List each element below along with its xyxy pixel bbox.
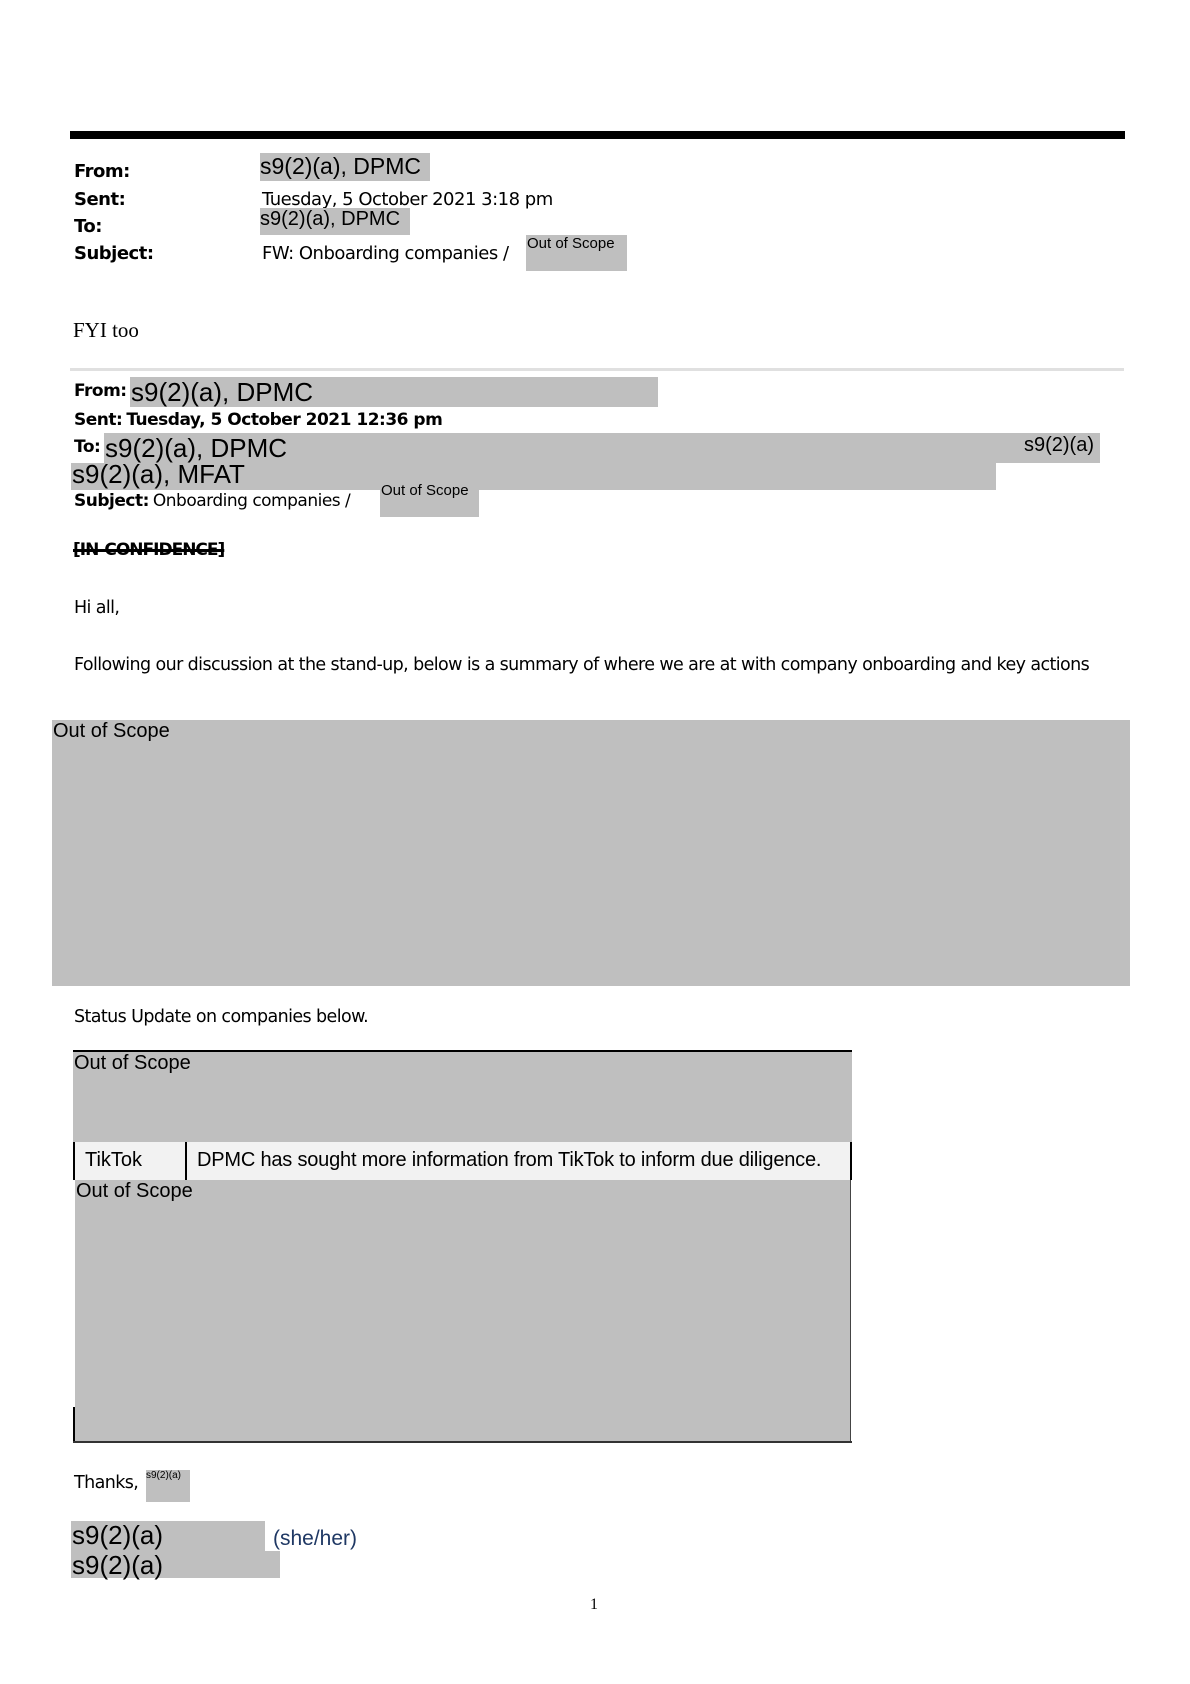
- subject-redaction-label: Out of Scope: [527, 235, 615, 252]
- subject-redaction: Out of Scope: [526, 235, 627, 271]
- table-left-border: [73, 1407, 75, 1442]
- fw-subject-redaction: Out of Scope: [380, 487, 479, 517]
- from-redaction: s9(2)(a), DPMC: [260, 153, 430, 181]
- fw-subject-line: Subject: Onboarding companies /: [74, 491, 350, 511]
- fw-to-redaction-line2: s9(2)(a), MFAT: [71, 463, 996, 490]
- fw-sent-label: Sent:: [74, 410, 122, 430]
- fw-subject-label: Subject:: [74, 491, 149, 511]
- fw-from-value: s9(2)(a), DPMC: [131, 377, 313, 408]
- table-redaction-top: Out of Scope: [73, 1052, 852, 1142]
- subject-value: FW: Onboarding companies /: [262, 243, 509, 264]
- status-heading: Status Update on companies below.: [74, 1007, 368, 1027]
- signature-name-redaction: s9(2)(a): [71, 1521, 265, 1551]
- table-redaction-top-label: Out of Scope: [74, 1052, 191, 1075]
- fw-subject-value: Onboarding companies /: [153, 491, 350, 511]
- thanks-redaction-label: s9(2)(a): [146, 1470, 181, 1481]
- fw-sent-line: Sent: Tuesday, 5 October 2021 12:36 pm: [74, 410, 442, 430]
- to-value: s9(2)(a), DPMC: [260, 208, 400, 231]
- intro-text: FYI too: [73, 318, 139, 343]
- header-rule: [70, 131, 1125, 139]
- table-row: TikTok DPMC has sought more information …: [73, 1142, 852, 1180]
- fw-to-value-2: s9(2)(a), MFAT: [72, 459, 245, 490]
- signature-name: s9(2)(a): [72, 1521, 163, 1549]
- from-label: From:: [74, 161, 130, 182]
- thanks-text: Thanks,: [74, 1473, 138, 1493]
- fw-from-redaction: s9(2)(a), DPMC: [130, 377, 658, 407]
- company-cell: TikTok: [85, 1149, 142, 1172]
- page-number: 1: [590, 1596, 598, 1614]
- redaction-label: Out of Scope: [53, 720, 170, 743]
- sent-value: Tuesday, 5 October 2021 3:18 pm: [262, 189, 553, 210]
- fw-to-value-right: s9(2)(a): [1024, 434, 1094, 457]
- from-value: s9(2)(a), DPMC: [260, 153, 421, 180]
- signature-title-redaction: s9(2)(a): [71, 1551, 280, 1578]
- table-redaction-bottom: Out of Scope: [75, 1180, 851, 1442]
- fw-to-label: To:: [74, 437, 100, 457]
- sent-label: Sent:: [74, 189, 125, 210]
- to-redaction: s9(2)(a), DPMC: [260, 208, 410, 235]
- pronouns: (she/her): [273, 1527, 357, 1551]
- fw-subject-redaction-label: Out of Scope: [381, 482, 469, 499]
- to-label: To:: [74, 216, 102, 237]
- fw-to-redaction-line1: s9(2)(a), DPMC s9(2)(a): [104, 433, 1100, 463]
- classification-struck: [IN-CONFIDENCE]: [73, 540, 224, 560]
- signature-title: s9(2)(a): [72, 1551, 163, 1579]
- table-bottom-border: [73, 1441, 852, 1443]
- fw-sent-value: Tuesday, 5 October 2021 12:36 pm: [126, 410, 442, 430]
- subject-label: Subject:: [74, 243, 154, 264]
- status-cell: DPMC has sought more information from Ti…: [197, 1149, 821, 1172]
- forward-divider: [70, 368, 1124, 371]
- table-redaction-bottom-label: Out of Scope: [76, 1180, 193, 1203]
- fw-from-label: From:: [74, 381, 127, 401]
- column-divider: [185, 1142, 187, 1180]
- thanks-redaction: s9(2)(a): [146, 1470, 190, 1502]
- body-paragraph: Following our discussion at the stand-up…: [74, 652, 1134, 679]
- out-of-scope-redaction: Out of Scope: [52, 720, 1130, 986]
- greeting: Hi all,: [74, 598, 119, 618]
